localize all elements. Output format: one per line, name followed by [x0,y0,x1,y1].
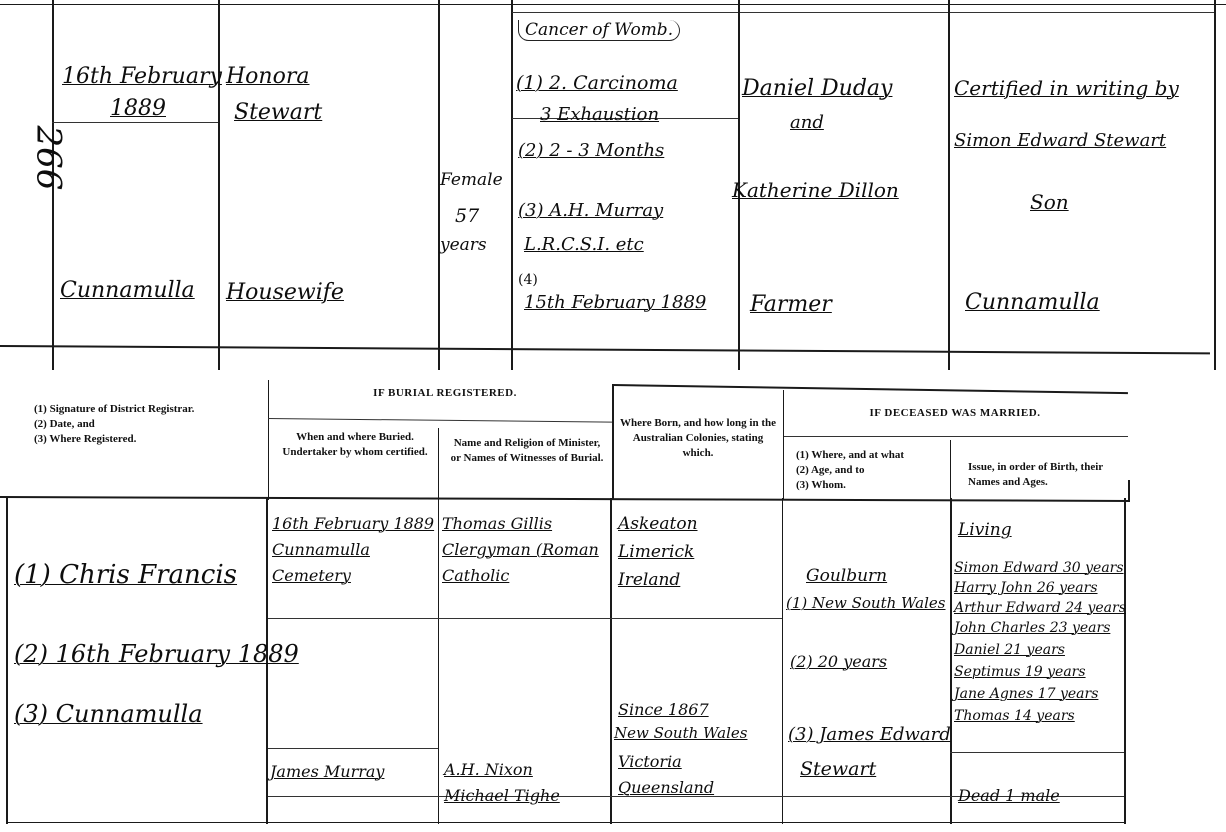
entry-number: 266 [28,126,68,191]
issue-item: Daniel 21 years [954,642,1065,658]
date-of-death-line2: 1889 [110,96,166,121]
cause-doctor-qualification: L.R.C.S.I. etc [524,234,644,255]
issue-header: Issue, in order of Birth, their Names an… [968,460,1118,490]
minister-religion: Catholic [442,566,509,585]
married-age: (2) 20 years [790,652,887,671]
rule [613,384,1128,394]
informant-relationship: Son [1030,190,1069,214]
informant-name: Simon Edward Stewart [954,130,1166,151]
informant-certification: Certified in writing by [954,76,1179,100]
header-bottom-rule [0,496,1130,502]
spouse-surname: Stewart [800,758,876,780]
burial-town: Cunnamulla [272,540,370,559]
registration-place: (3) Cunnamulla [14,700,203,728]
cause-last-seen: 15th February 1889 [524,292,706,313]
witness-1: A.H. Nixon [444,760,533,779]
rule [268,618,782,619]
burial-cemetery: Cemetery [272,566,351,585]
col-divider [6,498,8,824]
married-group-header: IF DECEASED WAS MARRIED. [790,406,1120,421]
registrar-signature: (1) Chris Francis [14,560,237,590]
cause-item4: (4) [518,272,538,288]
col-divider [950,440,951,500]
birthplace-county: Limerick [618,542,694,562]
rule [52,122,218,123]
col-divider [1128,480,1130,502]
issue-heading: Living [958,520,1012,540]
cause-note: Cancer of Womb. [518,20,680,41]
birthplace-country: Ireland [618,570,680,590]
col-divider [783,390,784,500]
burial-when-header: When and where Buried. Undertaker by who… [276,430,434,460]
married-place-colony: (1) New South Wales [786,594,945,612]
age-unit: years [440,235,487,255]
col-divider [438,428,439,500]
burial-date: 16th February 1889 [272,514,434,533]
colony-2: Victoria [618,752,682,771]
rule [268,748,438,749]
age: 57 [455,205,479,227]
col-divider [438,498,439,824]
rule [740,12,948,13]
burial-group-header: IF BURIAL REGISTERED. [300,386,590,401]
col-divider [268,380,269,500]
birthplace-town: Askeaton [618,514,698,534]
married-header-line: (3) Whom. [796,478,946,493]
deceased-first-name: Honora [226,64,309,89]
issue-item: John Charles 23 years [954,620,1110,636]
col-divider [610,498,612,824]
col-divider [948,0,950,370]
issue-item: Jane Agnes 17 years [954,686,1098,702]
cause-duration: (2) 2 - 3 Months [518,140,664,161]
married-where-header: (1) Where, and at what (2) Age, and to (… [796,448,946,493]
cause-line1b: 3 Exhaustion [540,104,659,125]
registrar-header: (1) Signature of District Registrar. (2)… [34,402,264,447]
sex: Female [440,170,503,190]
col-divider [612,384,614,500]
married-place-town: Goulburn [806,566,887,586]
deceased-surname: Stewart [234,100,322,125]
date-of-death-line1: 16th February [62,64,222,89]
rule [950,12,1214,13]
where-born-header: Where Born, and how long in the Australi… [616,416,780,461]
colonies-since: Since 1867 [618,700,709,719]
issue-dead: Dead 1 male [958,786,1060,805]
col-divider [1124,498,1126,824]
minister-name: Thomas Gillis [442,514,552,533]
minister-title: Clergyman (Roman [442,540,599,559]
married-header-line: (1) Where, and at what [796,448,946,463]
rule [268,418,612,423]
deceased-occupation: Housewife [226,280,344,305]
undertaker: James Murray [270,762,384,781]
spouse-name: (3) James Edward [788,724,951,745]
witness-2: Michael Tighe [444,786,560,805]
top-bottom-rule [0,345,1210,354]
colony-1: New South Wales [614,724,747,742]
issue-item: Simon Edward 30 years [954,560,1124,576]
rule [784,436,1128,437]
top-border [0,4,1226,5]
informant-residence: Cunnamulla [965,290,1100,315]
mother-name: Katherine Dillon [732,178,899,202]
father-name: Daniel Duday [742,76,892,101]
issue-item: Thomas 14 years [954,708,1075,724]
rule [950,752,1124,753]
rule [512,12,738,13]
bottom-border [6,822,1126,823]
col-divider [950,498,952,824]
issue-item: Septimus 19 years [954,664,1086,680]
parents-and: and [790,112,824,133]
registration-date: (2) 16th February 1889 [14,640,299,668]
issue-item: Harry John 26 years [954,580,1098,596]
father-occupation: Farmer [750,292,832,317]
col-divider [782,498,783,824]
burial-minister-header: Name and Religion of Minister, or Names … [448,436,606,466]
cause-doctor: (3) A.H. Murray [518,200,663,221]
place-of-death: Cunnamulla [60,278,195,303]
cause-line1: (1) 2. Carcinoma [516,72,678,94]
registrar-header-line: (2) Date, and [34,417,264,432]
issue-item: Arthur Edward 24 years [954,600,1126,616]
registrar-header-line: (1) Signature of District Registrar. [34,402,264,417]
married-header-line: (2) Age, and to [796,463,946,478]
col-divider [218,0,220,370]
col-divider [511,0,513,370]
col-divider [1214,0,1216,370]
colony-3: Queensland [618,778,714,797]
registrar-header-line: (3) Where Registered. [34,432,264,447]
